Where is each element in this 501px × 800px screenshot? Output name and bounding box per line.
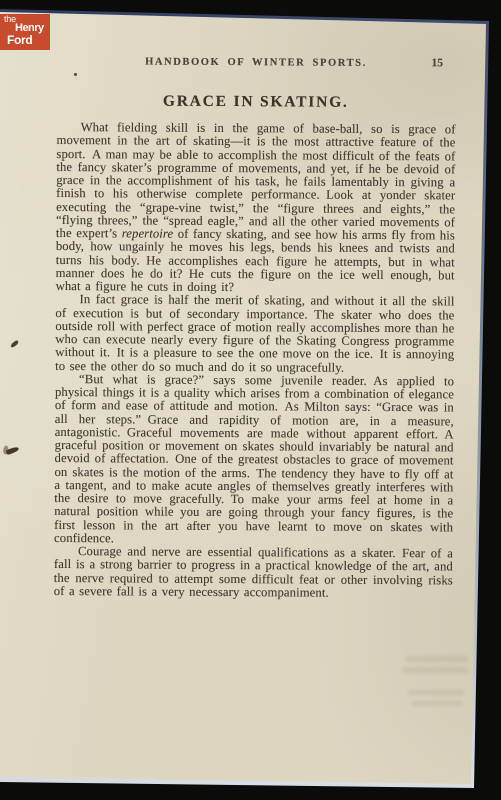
text-run: Courage and nerve are essential qualific…	[54, 544, 453, 599]
body-text: What fielding skill is in the game of ba…	[54, 121, 456, 600]
paragraph: Courage and nerve are essential qualific…	[54, 545, 453, 600]
text-run: “But what is grace?” says some juvenile …	[54, 372, 454, 545]
italic-text-run: repertoire	[122, 226, 174, 240]
page-number: 15	[431, 57, 443, 69]
paragraph: “But what is grace?” says some juvenile …	[54, 373, 454, 548]
page-content: HANDBOOK OF WINTER SPORTS. 15 GRACE IN S…	[0, 0, 501, 800]
paragraph: What fielding skill is in the game of ba…	[56, 121, 456, 296]
running-header-title: HANDBOOK OF WINTER SPORTS.	[57, 56, 455, 69]
logo-word-ford: Ford	[7, 33, 32, 47]
scanned-book-photo: { "logo": { "word_the": "the", "word_hen…	[0, 0, 501, 800]
paragraph: In fact grace is half the merit of skati…	[55, 293, 454, 375]
running-header: HANDBOOK OF WINTER SPORTS. 15	[57, 56, 455, 72]
text-run: In fact grace is half the merit of skati…	[55, 292, 454, 374]
henry-ford-logo: the Henry Ford	[0, 14, 50, 50]
chapter-title: GRACE IN SKATING.	[57, 92, 455, 112]
text-run: What fielding skill is in the game of ba…	[56, 120, 456, 240]
